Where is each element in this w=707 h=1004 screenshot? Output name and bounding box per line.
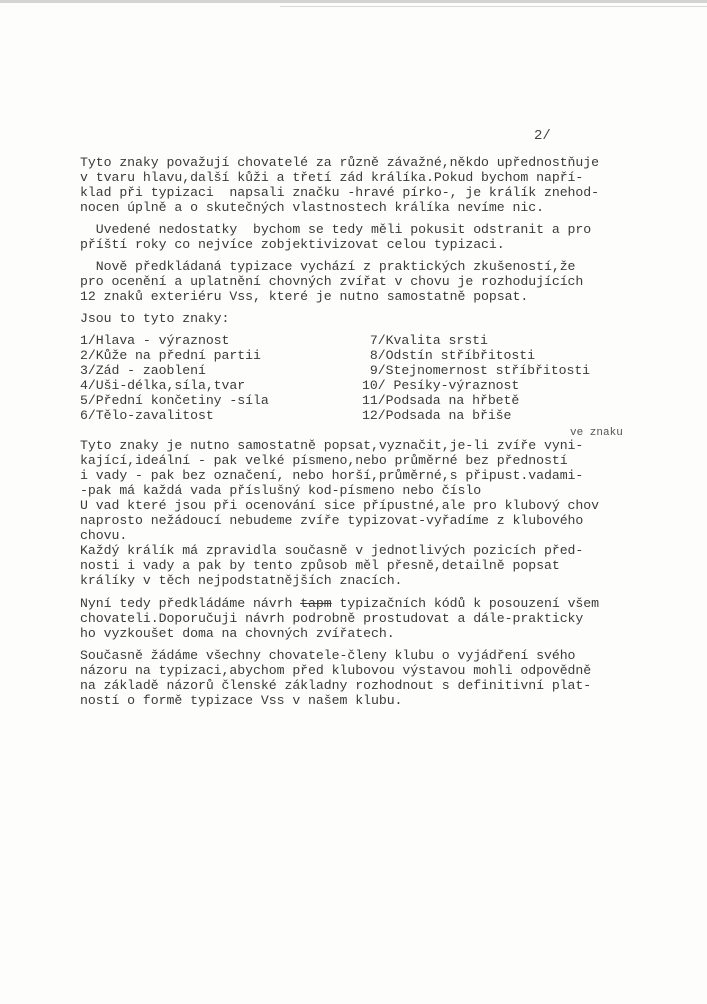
- text-line: v tvaru hlavu,další kůži a třetí zád krá…: [80, 170, 583, 185]
- text-line: U vad které jsou při ocenování sice příp…: [80, 498, 599, 513]
- text-line: Tyto znaky je nutno samostatně popsat,vy…: [80, 438, 583, 453]
- text-line: králíky v těch nejpodstatnějších znacích…: [80, 573, 402, 588]
- trait-item: 4/Uši-délka,síla,tvar: [80, 378, 245, 393]
- text-line: kající,ideální - pak velké písmeno,nebo …: [80, 453, 568, 468]
- scan-streak: [280, 6, 707, 7]
- text-line: ností o formě typizace Vss v našem klubu…: [80, 693, 402, 708]
- text-line: nosti i vady a pak by tento způsob měl p…: [80, 558, 560, 573]
- text-line: nocen úplně a o skutečných vlastnostech …: [80, 200, 544, 215]
- trait-item: 8/Odstín stříbřitosti: [362, 348, 535, 363]
- text-line: příští roky co nejvíce zobjektivizovat c…: [80, 237, 505, 252]
- text-line: Tyto znaky považují chovatelé za různě z…: [80, 155, 599, 170]
- text-line: názoru na typizaci,abychom před klubovou…: [80, 663, 591, 678]
- trait-item: 1/Hlava - výraznost: [80, 333, 229, 348]
- text-line: naprosto nežádoucí nebudeme zvíře typizo…: [80, 513, 583, 528]
- text-line: na základě názorů členské základny rozho…: [80, 678, 591, 693]
- text-line: -pak má každá vada příslušný kod-písmeno…: [80, 483, 481, 498]
- page-number: 2/: [534, 128, 551, 144]
- text-segment: Nyní tedy předkládáme návrh: [80, 596, 300, 611]
- text-line: Každý králík má zpravidla současně v jed…: [80, 543, 583, 558]
- text-line: Současně žádáme všechny chovatele-členy …: [80, 648, 575, 663]
- text-line: Nově předkládaná typizace vychází z prak…: [80, 259, 575, 274]
- text-segment: typizačních kódů k posouzení všem: [332, 596, 599, 611]
- scan-top-edge: [0, 0, 707, 3]
- text-line: pro ocenění a uplatnění chovných zvířat …: [80, 274, 583, 289]
- text-line: chovateli.Doporučuji návrh podrobně pros…: [80, 611, 583, 626]
- text-line: i vady - pak bez označení, nebo horší,pr…: [80, 468, 583, 483]
- text-line: klad při typizaci napsali značku -hravé …: [80, 185, 599, 200]
- trait-item: 3/Zád - zaoblení: [80, 363, 206, 378]
- trait-item: 11/Podsada na hřbetě: [362, 393, 519, 408]
- trait-item: 10/ Pesíky-výraznost: [362, 378, 519, 393]
- trait-item: 9/Stejnomernost stříbřitosti: [362, 363, 590, 378]
- text-line: ho vyzkoušet doma na chovných zvířatech.: [80, 626, 395, 641]
- text-line: 12 znaků exteriéru Vss, které je nutno s…: [80, 289, 528, 304]
- struck-word: tapm: [300, 596, 331, 611]
- trait-item: 7/Kvalita srsti: [362, 333, 488, 348]
- trait-item: 2/Kůže na přední partii: [80, 348, 261, 363]
- trait-item: 6/Tělo-zavalitost: [80, 408, 214, 423]
- text-line: Nyní tedy předkládáme návrh tapm typizač…: [80, 596, 599, 611]
- text-line: chovu.: [80, 528, 127, 543]
- trait-item: 12/Podsada na břiše: [362, 408, 511, 423]
- traits-heading: Jsou to tyto znaky:: [80, 311, 229, 326]
- text-line: Uvedené nedostatky bychom se tedy měli p…: [80, 222, 591, 237]
- trait-item: 5/Přední končetiny -síla: [80, 393, 269, 408]
